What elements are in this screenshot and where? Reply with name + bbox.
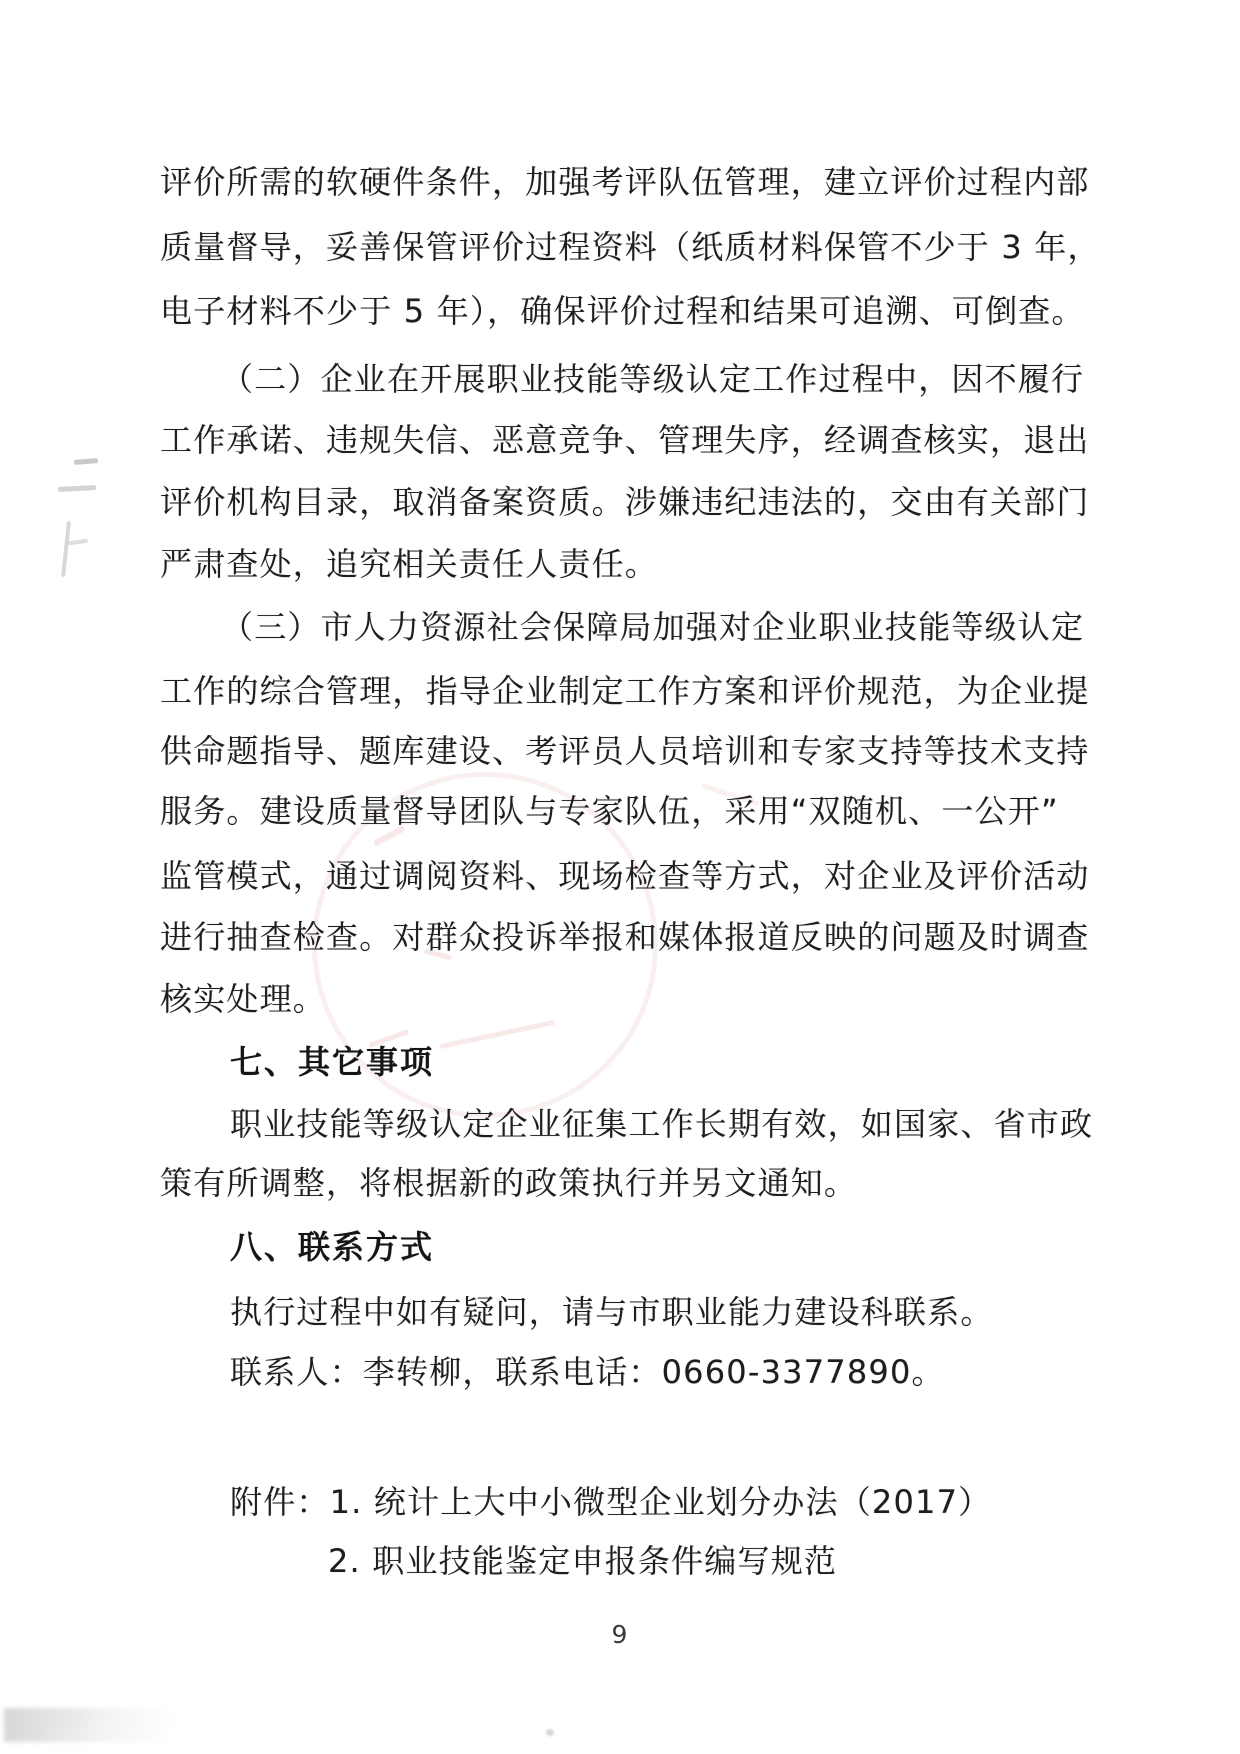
doc-line: 电子材料不少于 5 年），确保评价过程和结果可追溯、可倒查。 (160, 291, 1085, 331)
doc-line: 严肃查处，追究相关责任人责任。 (160, 544, 658, 584)
doc-line: 进行抽查检查。对群众投诉举报和媒体报道反映的问题及时调查 (160, 917, 1090, 957)
seal-fragment (439, 1020, 555, 1049)
doc-line-para-start: （二）企业在开展职业技能等级认定工作过程中，因不履行 (221, 359, 1084, 399)
doc-line-para-start: （三）市人力资源社会保障局加强对企业职业技能等级认定 (221, 607, 1084, 647)
doc-line: 评价所需的软硬件条件，加强考评队伍管理，建立评价过程内部 (160, 162, 1090, 202)
doc-line: 工作承诺、违规失信、恶意竞争、管理失序，经调查核实，退出 (160, 420, 1090, 460)
doc-line-para-start: 职业技能等级认定企业征集工作长期有效，如国家、省市政 (230, 1104, 1093, 1144)
section-heading-8: 八、联系方式 (230, 1227, 434, 1267)
doc-line: 策有所调整，将根据新的政策执行并另文通知。 (160, 1163, 857, 1203)
doc-line: 服务。建设质量督导团队与专家队伍，采用“双随机、一公开” (160, 791, 1059, 831)
doc-line: 监管模式，通过调阅资料、现场检查等方式，对企业及评价活动 (160, 856, 1090, 896)
scan-mark (68, 539, 88, 546)
attachment-line-1: 附件：1. 统计上大中小微型企业划分办法（2017） (230, 1482, 991, 1522)
doc-line: 质量督导，妥善保管评价过程资料（纸质材料保管不少于 3 年， (160, 227, 1101, 267)
doc-line: 评价机构目录，取消备案资质。涉嫌违纪违法的，交由有关部门 (160, 482, 1090, 522)
doc-line: 供命题指导、题库建设、考评员人员培训和专家支持等技术支持 (160, 731, 1090, 771)
section-heading-7: 七、其它事项 (230, 1042, 434, 1082)
scan-dot (546, 1729, 554, 1736)
doc-line-para-start: 执行过程中如有疑问，请与市职业能力建设科联系。 (230, 1292, 994, 1332)
scan-mark (74, 458, 98, 465)
attachment-line-2: 2. 职业技能鉴定申报条件编写规范 (328, 1541, 837, 1581)
doc-line: 核实处理。 (160, 979, 326, 1019)
scanned-document-page: 评价所需的软硬件条件，加强考评队伍管理，建立评价过程内部 质量督导，妥善保管评价… (0, 0, 1240, 1754)
scan-mark (61, 521, 71, 577)
contact-line: 联系人：李转柳，联系电话：0660-3377890。 (230, 1352, 945, 1392)
doc-line: 工作的综合管理，指导企业制定工作方案和评价规范，为企业提 (160, 671, 1090, 711)
scan-smudge (4, 1708, 172, 1742)
scan-mark (58, 485, 96, 492)
page-number: 9 (0, 1620, 1240, 1649)
